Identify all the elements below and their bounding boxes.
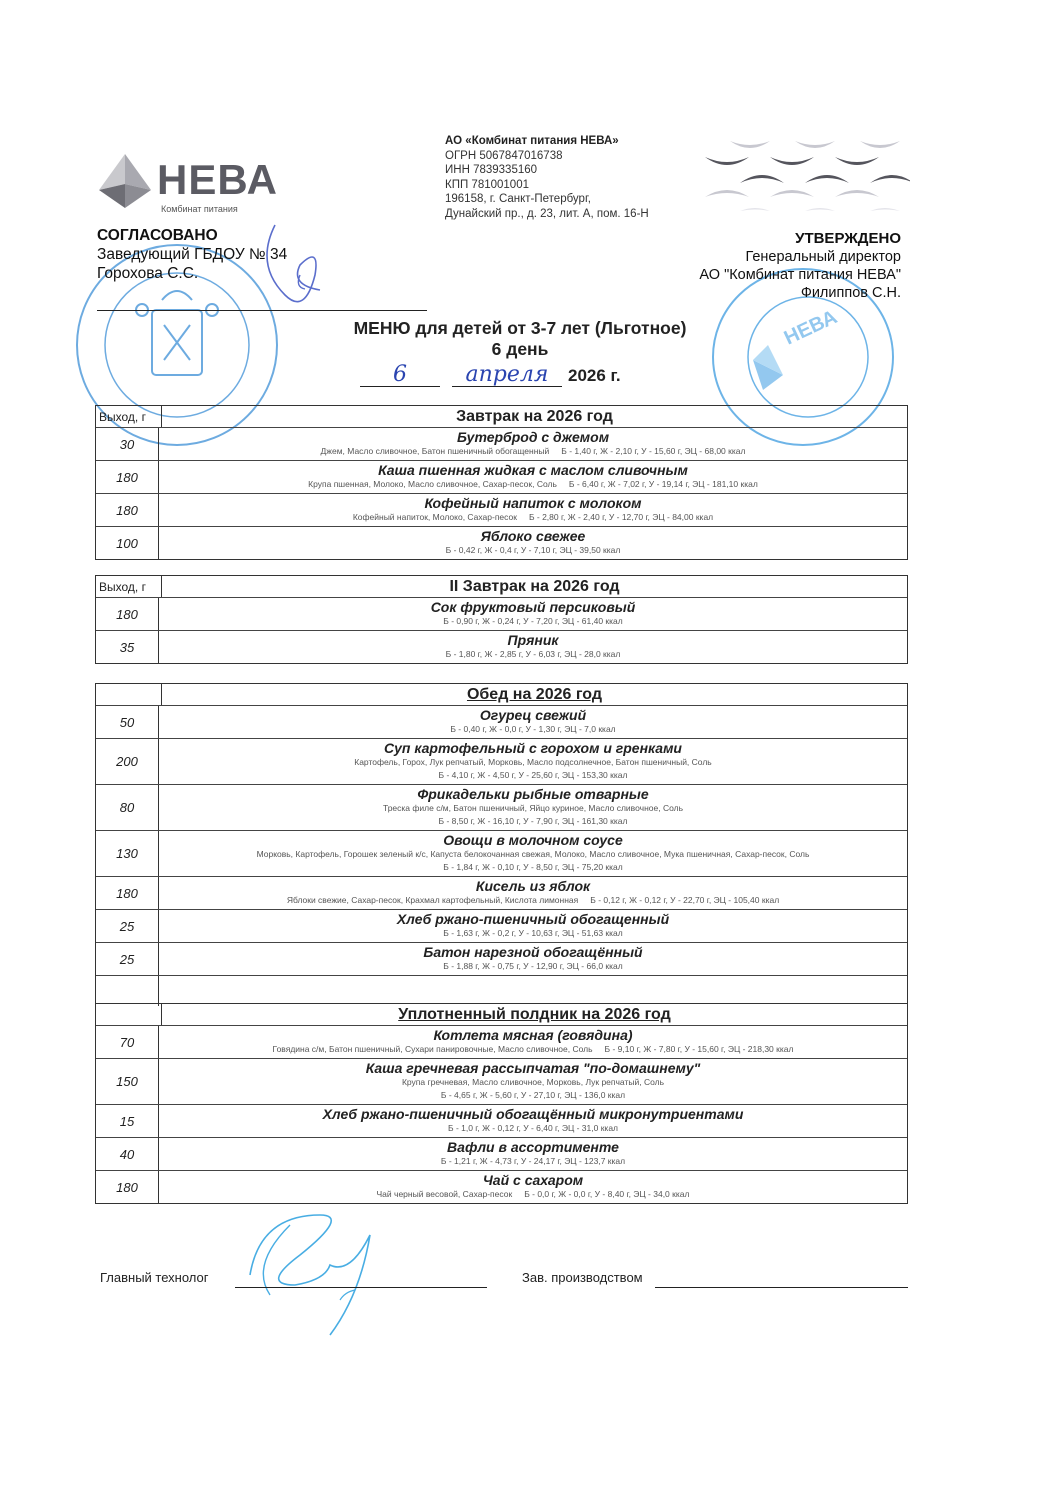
dish-nutrition: Б - 4,10 г, Ж - 4,50 г, У - 25,60 г, ЭЦ …: [163, 769, 903, 782]
section-header-row: Уплотненный полдник на 2026 год: [96, 1004, 907, 1025]
dish-row: 180Каша пшенная жидкая с маслом сливочны…: [96, 460, 907, 493]
dish-name: Батон нарезной обогащённый: [163, 944, 903, 960]
dish-name: Хлеб ржано-пшеничный обогащённый микрону…: [163, 1106, 903, 1122]
technologist-signature-icon: [230, 1205, 380, 1345]
dish-output: 15: [96, 1105, 159, 1137]
logo-subtitle: Комбинат питания: [161, 204, 238, 214]
dish-ingredients: Крупа пшенная, Молоко, Масло сливочное, …: [308, 479, 557, 489]
dish-name: Чай с сахаром: [163, 1172, 903, 1188]
dish-ingredients: Кофейный напиток, Молоко, Сахар-песок: [353, 512, 517, 522]
production-head-label: Зав. производством: [522, 1270, 643, 1285]
dish-name: Хлеб ржано-пшеничный обогащенный: [163, 911, 903, 927]
section-title: Завтрак на 2026 год: [162, 406, 907, 427]
date-year: 2026 г.: [568, 366, 621, 386]
dish-output: 25: [96, 910, 159, 942]
dish-ingredients: Треска филе с/м, Батон пшеничный, Яйцо к…: [163, 802, 903, 815]
section-header-row: Обед на 2026 год: [96, 684, 907, 705]
dish-nutrition: Б - 0,40 г, Ж - 0,0 г, У - 1,30 г, ЭЦ - …: [163, 723, 903, 736]
agreed-position: Заведующий ГБДОУ № 34: [97, 245, 287, 264]
dish-ingredients: Морковь, Картофель, Горошек зеленый к/с,…: [163, 848, 903, 861]
dish-nutrition: Б - 6,40 г, Ж - 7,02 г, У - 19,14 г, ЭЦ …: [569, 479, 758, 489]
dish-name: Каша гречневая рассыпчатая "по-домашнему…: [163, 1060, 903, 1076]
dish-output: 70: [96, 1026, 159, 1058]
company-inn: ИНН 7839335160: [445, 163, 649, 178]
approved-org: АО "Комбинат питания НЕВА": [699, 266, 901, 284]
dish-name: Огурец свежий: [163, 707, 903, 723]
dish-ingredients: Яблоки свежие, Сахар-песок, Крахмал карт…: [287, 895, 578, 905]
output-column-header: [96, 684, 162, 705]
agreed-signature-line: [97, 310, 427, 311]
section-title: Уплотненный полдник на 2026 год: [162, 1004, 907, 1025]
dish-nutrition: Б - 1,88 г, Ж - 0,75 г, У - 12,90 г, ЭЦ …: [163, 960, 903, 973]
dish-row: 35ПряникБ - 1,80 г, Ж - 2,85 г, У - 6,03…: [96, 630, 907, 663]
dish-name: Суп картофельный с горохом и гренками: [163, 740, 903, 756]
dish-row: 70Котлета мясная (говядина)Говядина с/м,…: [96, 1025, 907, 1058]
approved-position: Генеральный директор: [699, 248, 901, 266]
company-address: Дунайский пр., д. 23, лит. А, пом. 16-Н: [445, 207, 649, 222]
dish-output: 180: [96, 1171, 159, 1203]
dish-nutrition: Б - 0,90 г, Ж - 0,24 г, У - 7,20 г, ЭЦ -…: [163, 615, 903, 628]
agreed-name: Горохова С.С.: [97, 264, 287, 283]
dish-output: 180: [96, 461, 159, 493]
menu-section-table: Выход, гII Завтрак на 2026 год180Сок фру…: [95, 575, 908, 664]
production-head-signature-line: [655, 1287, 908, 1288]
dish-row: 200Суп картофельный с горохом и гренками…: [96, 738, 907, 784]
dish-row: 40Вафли в ассортиментеБ - 1,21 г, Ж - 4,…: [96, 1137, 907, 1170]
dish-name: Овощи в молочном соусе: [163, 832, 903, 848]
dish-nutrition: Б - 4,65 г, Ж - 5,60 г, У - 27,10 г, ЭЦ …: [163, 1089, 903, 1102]
company-kpp: КПП 781001001: [445, 178, 649, 193]
section-header-row: Выход, гII Завтрак на 2026 год: [96, 576, 907, 597]
empty-row: [96, 975, 907, 1006]
dish-ingredients: Джем, Масло сливочное, Батон пшеничный о…: [321, 446, 550, 456]
dish-name: Кофейный напиток с молоком: [163, 495, 903, 511]
dish-row: 180Чай с сахаромЧай черный весовой, Саха…: [96, 1170, 907, 1203]
logo-wordmark: НЕВА: [157, 156, 278, 204]
company-info: АО «Комбинат питания НЕВА» ОГРН 50678470…: [445, 134, 649, 221]
dish-output: 80: [96, 785, 159, 830]
approved-heading: УТВЕРЖДЕНО: [699, 230, 901, 248]
approved-name: Филиппов С.Н.: [699, 284, 901, 302]
company-name: АО «Комбинат питания НЕВА»: [445, 134, 649, 149]
dish-nutrition: Б - 1,84 г, Ж - 0,10 г, У - 8,50 г, ЭЦ -…: [163, 861, 903, 874]
date-month: апреля: [452, 362, 562, 387]
agreed-heading: СОГЛАСОВАНО: [97, 226, 287, 245]
section-title-text: Уплотненный полдник на 2026 год: [398, 1006, 671, 1023]
dish-row: 180Кисель из яблокЯблоки свежие, Сахар-п…: [96, 876, 907, 909]
dish-output: 180: [96, 598, 159, 630]
output-column-header: Выход, г: [96, 576, 162, 597]
dish-output: 30: [96, 428, 159, 460]
output-column-header: Выход, г: [96, 406, 162, 427]
dish-name: Вафли в ассортименте: [163, 1139, 903, 1155]
empty-cell: [96, 976, 159, 1006]
dish-row: 100Яблоко свежееБ - 0,42 г, Ж - 0,4 г, У…: [96, 526, 907, 559]
dish-row: 25Батон нарезной обогащённыйБ - 1,88 г, …: [96, 942, 907, 975]
menu-title-line: МЕНЮ для детей от 3-7 лет (Льготное): [250, 318, 790, 339]
dish-row: 30Бутерброд с джемомДжем, Масло сливочно…: [96, 427, 907, 460]
dish-row: 130Овощи в молочном соусеМорковь, Картоф…: [96, 830, 907, 876]
dish-nutrition: Б - 9,10 г, Ж - 7,80 г, У - 15,60 г, ЭЦ …: [605, 1044, 794, 1054]
menu-section-table: Обед на 2026 год50Огурец свежийБ - 0,40 …: [95, 683, 908, 1006]
section-title: II Завтрак на 2026 год: [162, 576, 907, 597]
dish-output: 40: [96, 1138, 159, 1170]
section-title: Обед на 2026 год: [162, 684, 907, 705]
dish-nutrition: Б - 1,63 г, Ж - 0,2 г, У - 10,63 г, ЭЦ -…: [163, 927, 903, 940]
neva-logo: НЕВА Комбинат питания: [95, 150, 315, 220]
dish-nutrition: Б - 0,12 г, Ж - 0,12 г, У - 22,70 г, ЭЦ …: [590, 895, 779, 905]
section-title-text: II Завтрак на 2026 год: [449, 578, 619, 595]
dish-nutrition: Б - 8,50 г, Ж - 16,10 г, У - 7,90 г, ЭЦ …: [163, 815, 903, 828]
dish-name: Пряник: [163, 632, 903, 648]
dish-ingredients: Крупа гречневая, Масло сливочное, Морков…: [163, 1076, 903, 1089]
dish-output: 25: [96, 943, 159, 975]
dish-row: 15Хлеб ржано-пшеничный обогащённый микро…: [96, 1104, 907, 1137]
menu-title: МЕНЮ для детей от 3-7 лет (Льготное) 6 д…: [250, 318, 790, 360]
menu-date: 6 апреля 2026 г.: [360, 362, 700, 390]
menu-section-table: Выход, гЗавтрак на 2026 год30Бутерброд с…: [95, 405, 908, 560]
dish-output: 180: [96, 494, 159, 526]
dish-row: 150Каша гречневая рассыпчатая "по-домашн…: [96, 1058, 907, 1104]
section-title-text: Обед на 2026 год: [467, 686, 602, 703]
date-day: 6: [360, 362, 440, 387]
menu-section-table: Уплотненный полдник на 2026 год70Котлета…: [95, 1003, 908, 1204]
chief-technologist-label: Главный технолог: [100, 1270, 209, 1285]
dish-output: 200: [96, 739, 159, 784]
dish-nutrition: Б - 1,40 г, Ж - 2,10 г, У - 15,60 г, ЭЦ …: [561, 446, 745, 456]
dish-output: 130: [96, 831, 159, 876]
dish-ingredients: Картофель, Горох, Лук репчатый, Морковь,…: [163, 756, 903, 769]
dish-name: Котлета мясная (говядина): [163, 1027, 903, 1043]
dish-output: 100: [96, 527, 159, 559]
menu-day: 6 день: [250, 339, 790, 360]
dish-output: 180: [96, 877, 159, 909]
section-header-row: Выход, гЗавтрак на 2026 год: [96, 406, 907, 427]
dish-nutrition: Б - 1,0 г, Ж - 0,12 г, У - 6,40 г, ЭЦ - …: [163, 1122, 903, 1135]
dish-nutrition: Б - 0,0 г, Ж - 0,0 г, У - 8,40 г, ЭЦ - 3…: [524, 1189, 689, 1199]
dish-name: Кисель из яблок: [163, 878, 903, 894]
dish-name: Яблоко свежее: [163, 528, 903, 544]
dish-output: 50: [96, 706, 159, 738]
dish-name: Бутерброд с джемом: [163, 429, 903, 445]
dish-row: 80Фрикадельки рыбные отварныеТреска филе…: [96, 784, 907, 830]
agreed-block: СОГЛАСОВАНО Заведующий ГБДОУ № 34 Горохо…: [97, 226, 287, 283]
approved-block: УТВЕРЖДЕНО Генеральный директор АО "Комб…: [699, 230, 901, 302]
output-column-header: [96, 1004, 162, 1025]
pyramid-logo-icon: [95, 150, 155, 210]
wave-pattern-icon: [700, 135, 910, 215]
dish-name: Сок фруктовый персиковый: [163, 599, 903, 615]
dish-ingredients: Чай черный весовой, Сахар-песок: [377, 1189, 513, 1199]
dish-output: 150: [96, 1059, 159, 1104]
dish-row: 50Огурец свежийБ - 0,40 г, Ж - 0,0 г, У …: [96, 705, 907, 738]
company-ogrn: ОГРН 5067847016738: [445, 149, 649, 164]
dish-ingredients: Говядина с/м, Батон пшеничный, Сухари па…: [273, 1044, 593, 1054]
dish-nutrition: Б - 1,80 г, Ж - 2,85 г, У - 6,03 г, ЭЦ -…: [163, 648, 903, 661]
dish-output: 35: [96, 631, 159, 663]
dish-nutrition: Б - 1,21 г, Ж - 4,73 г, У - 24,17 г, ЭЦ …: [163, 1155, 903, 1168]
dish-nutrition: Б - 2,80 г, Ж - 2,40 г, У - 12,70 г, ЭЦ …: [529, 512, 713, 522]
dish-row: 180Сок фруктовый персиковыйБ - 0,90 г, Ж…: [96, 597, 907, 630]
dish-nutrition: Б - 0,42 г, Ж - 0,4 г, У - 7,10 г, ЭЦ - …: [163, 544, 903, 557]
dish-row: 25Хлеб ржано-пшеничный обогащенныйБ - 1,…: [96, 909, 907, 942]
dish-name: Фрикадельки рыбные отварные: [163, 786, 903, 802]
chief-technologist-signature-line: [235, 1287, 487, 1288]
dish-name: Каша пшенная жидкая с маслом сливочным: [163, 462, 903, 478]
dish-row: 180Кофейный напиток с молокомКофейный на…: [96, 493, 907, 526]
company-city: 196158, г. Санкт-Петербург,: [445, 192, 649, 207]
section-title-text: Завтрак на 2026 год: [456, 408, 613, 425]
